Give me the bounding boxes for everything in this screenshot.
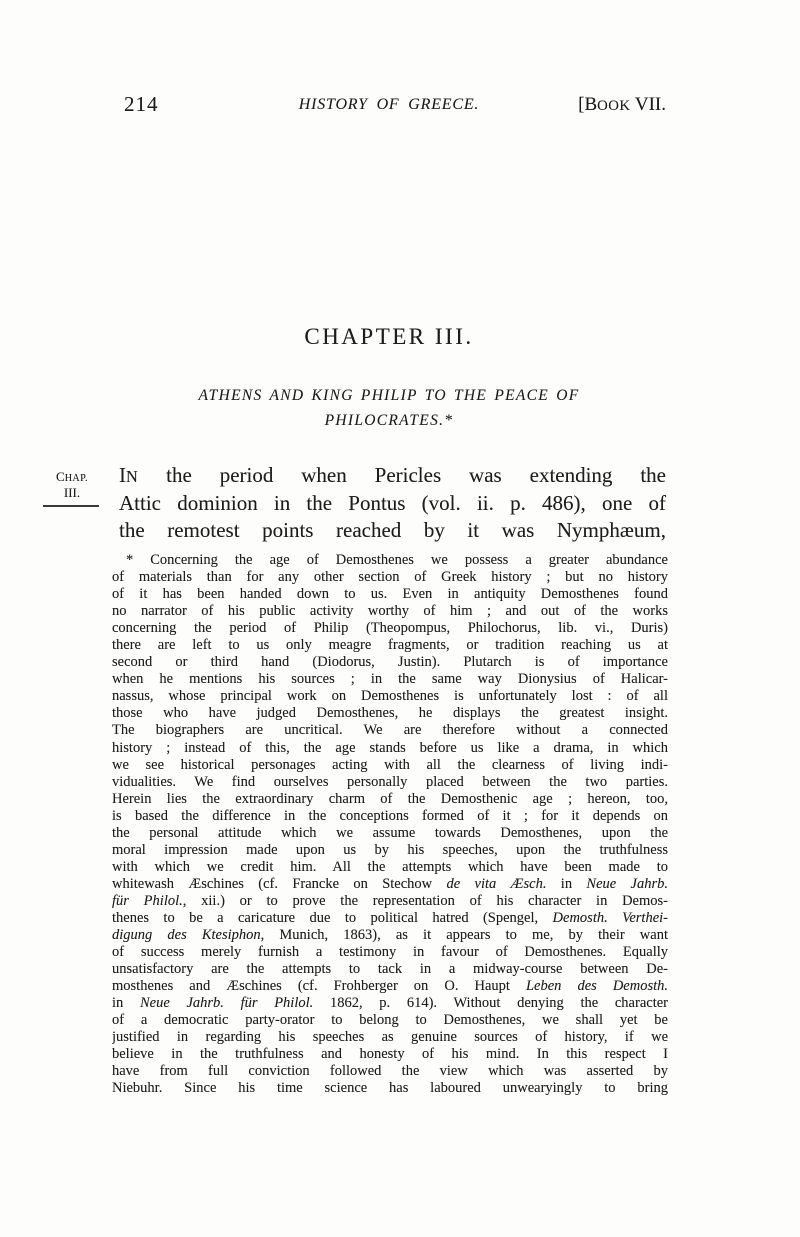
text-segment: N (126, 467, 138, 486)
text-segment: there are left to us only meagre fragmen… (112, 637, 668, 653)
text-line: [BOOK VII. (526, 94, 666, 116)
text-segment: concerning the period of Philip (Theopom… (112, 620, 668, 636)
text-segment: I (119, 463, 126, 487)
text-segment: 1862, p. 614). Without denying the chara… (313, 995, 668, 1011)
text-segment: III. (64, 485, 80, 500)
text-segment: is based the difference in the conceptio… (112, 808, 668, 824)
book-volume-label: [BOOK VII. (526, 94, 666, 116)
text-line: thenes to be a caricature due to politic… (112, 910, 668, 927)
text-segment: HAP. (65, 473, 88, 484)
text-line: whitewash Æschines (cf. Francke on Stech… (112, 876, 668, 893)
text-segment: digung des Ktesiphon (112, 927, 261, 943)
text-segment: believe in the truthfulness and honesty … (112, 1046, 668, 1062)
page-header: 214 HISTORY OF GREECE. [BOOK VII. (112, 92, 666, 120)
margin-note-chapter-label: CHAP.III. (42, 469, 102, 501)
text-line: IN the period when Pericles was extendin… (119, 462, 666, 490)
text-line: mosthenes and Æschines (cf. Frohberger o… (112, 978, 668, 995)
text-line: believe in the truthfulness and honesty … (112, 1046, 668, 1063)
text-line: * Concerning the age of Demosthenes we p… (112, 552, 668, 569)
text-segment: in (112, 995, 140, 1011)
text-line: no narrator of his public activity worth… (112, 603, 668, 620)
text-segment: Leben des Demosth. (526, 978, 668, 994)
text-segment: unsatisfactory are the attempts to tack … (112, 961, 668, 977)
text-segment: Attic dominion in the Pontus (vol. ii. p… (119, 491, 666, 515)
text-line: The biographers are uncritical. We are t… (112, 722, 668, 739)
text-line: the personal attitude which we assume to… (112, 825, 668, 842)
text-line: when he mentions his sources ; in the sa… (112, 671, 668, 688)
text-line: there are left to us only meagre fragmen… (112, 637, 668, 654)
text-segment: of materials than for any other section … (112, 569, 668, 585)
footnote-block: * Concerning the age of Demosthenes we p… (112, 552, 668, 1098)
text-segment: The biographers are uncritical. We are t… (112, 722, 668, 738)
text-segment: , Munich, 1863), as it appears to me, by… (261, 927, 668, 943)
text-line: second or third hand (Diodorus, Justin).… (112, 654, 668, 671)
text-segment: C (56, 469, 65, 484)
text-line: of it has been handed down to us. Even i… (112, 586, 668, 603)
text-segment: no narrator of his public activity worth… (112, 603, 668, 619)
text-line: moral impression made upon us by his spe… (112, 842, 668, 859)
text-segment: those who have judged Demosthenes, he di… (112, 705, 668, 721)
text-segment: of success merely furnish a testimony in… (112, 944, 668, 960)
text-segment: Niebuhr. Since his time science has labo… (112, 1080, 668, 1096)
text-segment: de vita Æsch. (446, 876, 546, 892)
text-line: the remotest points reached by it was Ny… (119, 517, 666, 545)
margin-note: CHAP.III. (42, 469, 102, 507)
text-segment: thenes to be a caricature due to politic… (112, 910, 553, 926)
body-paragraph: IN the period when Pericles was extendin… (119, 462, 666, 545)
text-line: is based the difference in the conceptio… (112, 808, 668, 825)
text-line: Herein lies the extraordinary charm of t… (112, 791, 668, 808)
text-segment: Neue Jahrb. für Philol. (140, 995, 313, 1011)
text-line: justified in regarding his speeches as g… (112, 1029, 668, 1046)
text-line: concerning the period of Philip (Theopom… (112, 620, 668, 637)
text-segment: the personal attitude which we assume to… (112, 825, 668, 841)
text-line: III. (42, 485, 102, 501)
text-segment: we see historical personages acting with… (112, 757, 668, 773)
text-segment: VII. (630, 94, 666, 115)
text-line: in Neue Jahrb. für Philol. 1862, p. 614)… (112, 995, 668, 1012)
chapter-subtitle-line: ATHENS AND KING PHILIP TO THE PEACE OF (112, 383, 666, 408)
text-line: of materials than for any other section … (112, 569, 668, 586)
text-line: with which we credit him. All the attemp… (112, 859, 668, 876)
text-segment: have from full conviction followed the v… (112, 1063, 668, 1079)
text-segment: of a democratic party-orator to belong t… (112, 1012, 668, 1028)
margin-note-rule (43, 505, 99, 507)
text-segment: the period when Pericles was extending t… (138, 463, 666, 487)
text-segment: history ; instead of this, the age stand… (112, 740, 668, 756)
text-line: unsatisfactory are the attempts to tack … (112, 961, 668, 978)
text-segment: the remotest points reached by it was Ny… (119, 518, 666, 542)
text-segment: second or third hand (Diodorus, Justin).… (112, 654, 668, 670)
text-segment: in (546, 876, 586, 892)
text-segment: * Concerning the age of Demosthenes we p… (126, 552, 668, 568)
text-line: CHAP. (42, 469, 102, 485)
text-segment: [B (578, 94, 597, 115)
chapter-heading: CHAPTER III. (112, 324, 666, 350)
text-segment: Neue Jahrb. (586, 876, 668, 892)
text-segment: OOK (597, 98, 630, 114)
text-line: history ; instead of this, the age stand… (112, 740, 668, 757)
text-line: we see historical personages acting with… (112, 757, 668, 774)
text-line: nassus, whose principal work on Demosthe… (112, 688, 668, 705)
text-segment: , xii.) or to prove the representation o… (183, 893, 668, 909)
text-segment: with which we credit him. All the attemp… (112, 859, 668, 875)
text-segment: of it has been handed down to us. Even i… (112, 586, 668, 602)
text-segment: für Philol. (112, 893, 183, 909)
text-segment: when he mentions his sources ; in the sa… (112, 671, 668, 687)
chapter-subtitle-line: PHILOCRATES.* (112, 408, 666, 433)
chapter-subtitle: ATHENS AND KING PHILIP TO THE PEACE OF P… (112, 383, 666, 433)
text-segment: justified in regarding his speeches as g… (112, 1029, 668, 1045)
text-segment: Herein lies the extraordinary charm of t… (112, 791, 668, 807)
text-segment: mosthenes and Æschines (cf. Frohberger o… (112, 978, 526, 994)
text-segment: vidualities. We find ourselves personall… (112, 774, 668, 790)
text-segment: whitewash Æschines (cf. Francke on Stech… (112, 876, 446, 892)
book-page: 214 HISTORY OF GREECE. [BOOK VII. CHAPTE… (0, 0, 800, 1237)
text-line: of success merely furnish a testimony in… (112, 944, 668, 961)
text-line: digung des Ktesiphon, Munich, 1863), as … (112, 927, 668, 944)
text-segment: nassus, whose principal work on Demosthe… (112, 688, 668, 704)
text-line: Attic dominion in the Pontus (vol. ii. p… (119, 490, 666, 518)
text-segment: Demosth. Verthei- (553, 910, 668, 926)
text-segment: moral impression made upon us by his spe… (112, 842, 668, 858)
text-line: those who have judged Demosthenes, he di… (112, 705, 668, 722)
text-line: of a democratic party-orator to belong t… (112, 1012, 668, 1029)
text-line: vidualities. We find ourselves personall… (112, 774, 668, 791)
text-line: have from full conviction followed the v… (112, 1063, 668, 1080)
text-line: für Philol., xii.) or to prove the repre… (112, 893, 668, 910)
text-line: Niebuhr. Since his time science has labo… (112, 1080, 668, 1097)
